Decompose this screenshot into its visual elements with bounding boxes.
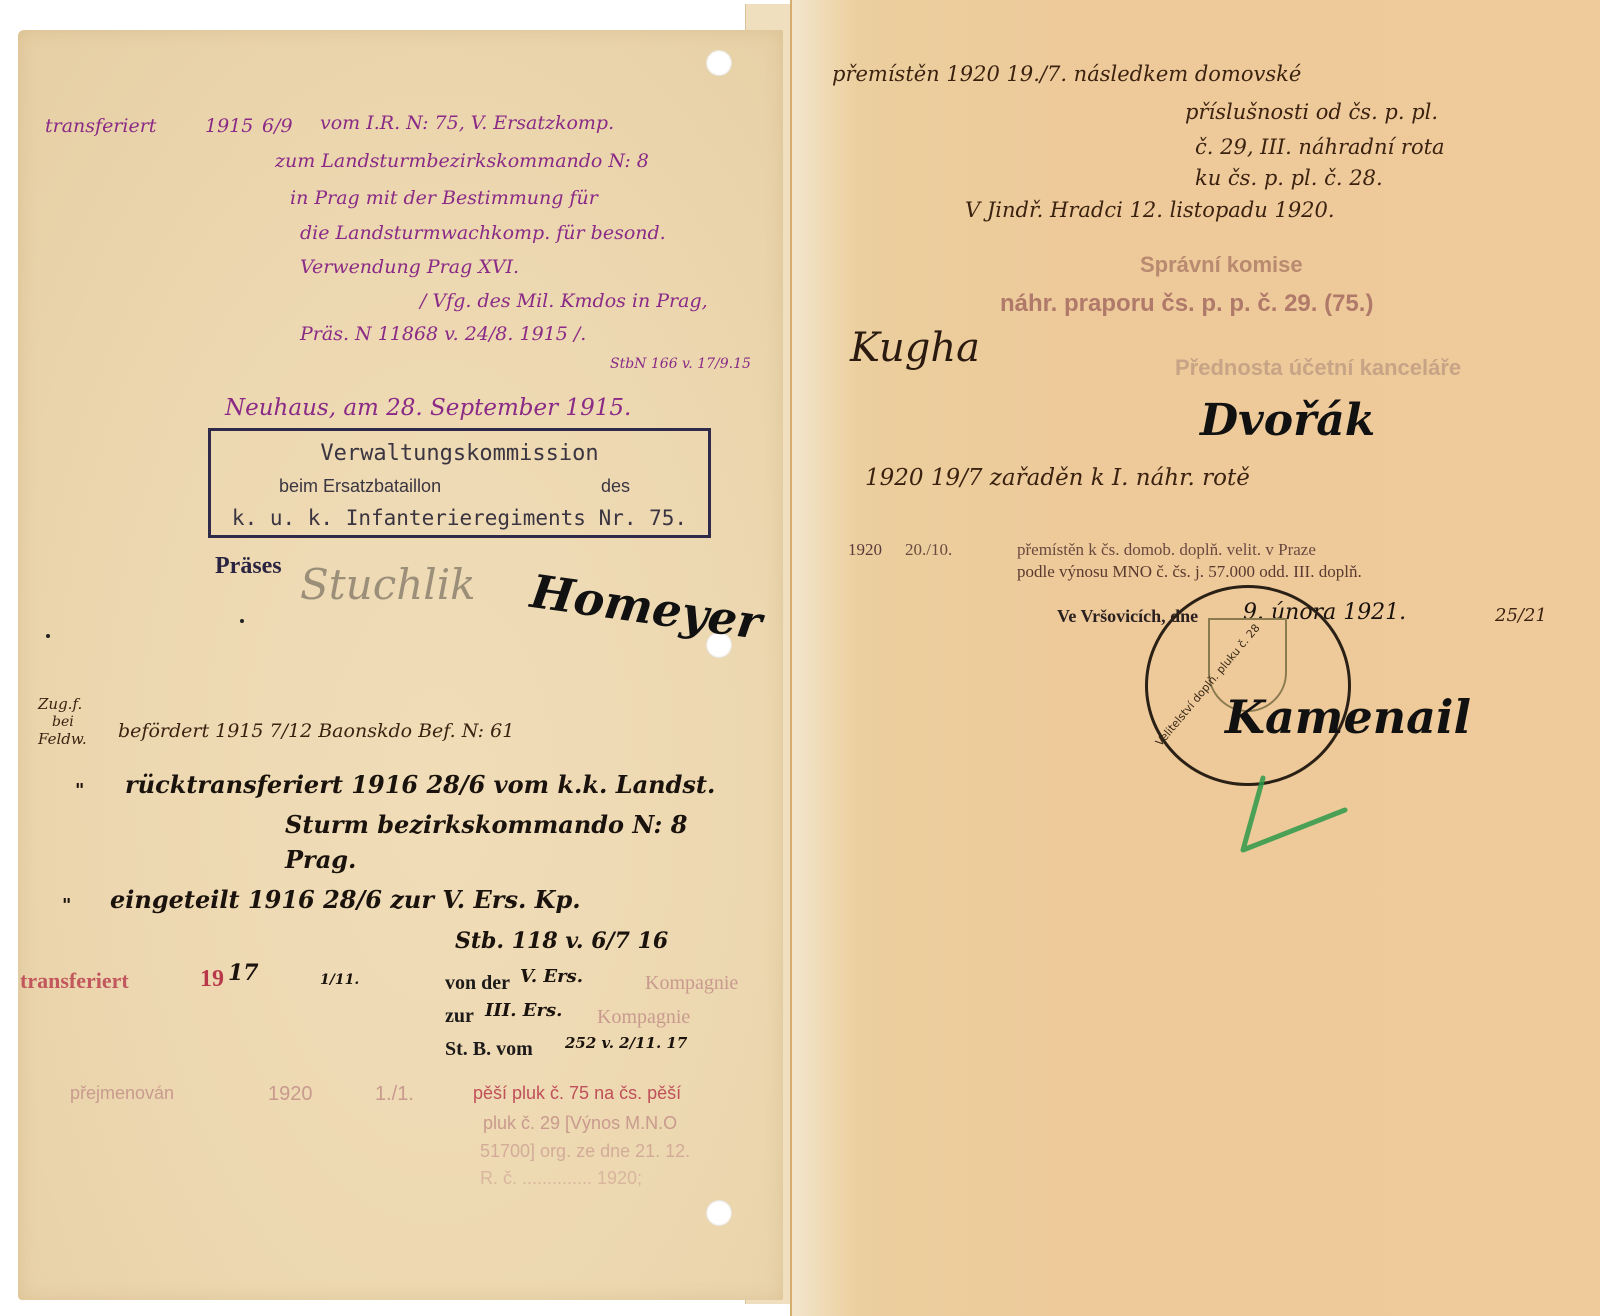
green-check-icon (1235, 770, 1355, 860)
official-seal: Velitelství doplň. pluku č. 28 (1145, 585, 1351, 786)
entry-date: 6/9 (262, 115, 293, 137)
transfer-from-value: V. Ers. (520, 966, 583, 987)
margin-note: Zug.f. (38, 695, 82, 713)
signature-kamenail: Kamenail (1225, 690, 1471, 744)
entry-line: vom I.R. N: 75, V. Ersatzkomp. (320, 112, 614, 134)
transfer-stb-prefix: St. B. vom (445, 1038, 533, 1061)
entry-line: zum Landsturmbezirkskommando N: 8 (275, 150, 649, 172)
ink-dot (240, 619, 244, 623)
entry-ruecktransferiert: rücktransferiert 1916 28/6 vom k.k. Land… (125, 770, 715, 799)
transfer-stb-value: 252 v. 2/11. 17 (565, 1034, 687, 1052)
cz-stamp-line-3: Přednosta účetní kanceláře (1175, 355, 1461, 381)
transfer-label: transferiert (20, 968, 129, 994)
renamed-line: pluk č. 29 [Výnos M.N.O (483, 1113, 677, 1134)
ink-dot (46, 634, 50, 638)
stamp-line-1: Verwaltungskommission (211, 441, 708, 466)
transfer-from-suffix: Kompagnie (645, 972, 738, 995)
right-place-date: V Jindř. Hradci 12. listopadu 1920. (965, 198, 1335, 222)
ditto-mark: " (62, 895, 71, 916)
entry-befoerdert: befördert 1915 7/12 Baonskdo Bef. N: 61 (118, 720, 514, 742)
renamed-line: 51700] org. ze dne 21. 12. (480, 1141, 690, 1162)
signature-faded: Stuchlik (300, 560, 476, 609)
entry-label-transferiert: transferiert (45, 115, 156, 137)
renamed-line: R. č. .............. 1920; (480, 1168, 642, 1189)
print-entry-line2: podle výnosu MNO č. čs. j. 57.000 odd. I… (1017, 562, 1362, 582)
margin-note: Feldw. (38, 730, 87, 748)
renamed-line: pěší pluk č. 75 na čs. pěší (473, 1083, 681, 1104)
signature-dvorak: Dvořák (1200, 395, 1375, 446)
entry-year: 1915 (205, 115, 253, 137)
entry-line: Präs. N 11868 v. 24/8. 1915 /. (300, 323, 586, 345)
transfer-year-printed: 19 (200, 966, 224, 993)
print-entry-year: 1920 (848, 540, 882, 560)
entry-line: Sturm bezirkskommando N: 8 (285, 810, 687, 839)
cz-stamp-line-1: Správní komise (1140, 252, 1303, 278)
entry-line: Prag. (285, 845, 356, 874)
stamp-line-2a: beim Ersatzbataillon (279, 476, 441, 497)
entry-line: / Vfg. des Mil. Kmdos in Prag, (420, 290, 708, 312)
stamp-line-2b: des (601, 476, 630, 497)
transfer-date: 1/11. (320, 972, 359, 988)
print-entry-line1: přemístěn k čs. domob. doplň. velit. v P… (1017, 540, 1316, 560)
stamp-line-3: k. u. k. Infanterieregiments Nr. 75. (211, 506, 708, 530)
place-date: Neuhaus, am 28. September 1915. (225, 395, 631, 421)
left-page (18, 30, 783, 1300)
transfer-to-value: III. Ers. (485, 1000, 562, 1021)
entry-line: StbN 166 v. 17/9.15 (610, 356, 751, 372)
renamed-year: 1920 (268, 1083, 313, 1106)
entry-line: Verwendung Prag XVI. (300, 256, 519, 278)
right-entry-line: příslušnosti od čs. p. pl. (1185, 100, 1438, 124)
verwaltungskommission-stamp: Verwaltungskommission beim Ersatzbataill… (208, 428, 711, 538)
renamed-label: přejmenován (70, 1083, 174, 1104)
cz-stamp-line-2: náhr. praporu čs. p. p. č. 29. (75.) (1000, 290, 1373, 318)
transfer-to-prefix: zur (445, 1005, 474, 1028)
print-entry-date: 20./10. (905, 540, 952, 560)
ref-number: 25/21 (1495, 605, 1547, 626)
punch-hole (706, 1200, 732, 1226)
entry-1920-zaraden: 1920 19/7 zařaděn k I. náhr. rotě (865, 465, 1250, 491)
entry-line: in Prag mit der Bestimmung für (290, 187, 598, 209)
ditto-mark: " (75, 780, 84, 801)
entry-stb: Stb. 118 v. 6/7 16 (455, 928, 668, 954)
transfer-year-hw: 17 (228, 960, 259, 986)
praeses-label: Präses (215, 553, 282, 580)
transfer-from-prefix: von der (445, 972, 510, 995)
margin-note: bei (52, 714, 74, 730)
entry-line: die Landsturmwachkomp. für besond. (300, 222, 666, 244)
right-entry-line: č. 29, III. náhradní rota (1195, 135, 1445, 159)
right-entry-line: ku čs. p. pl. č. 28. (1195, 166, 1383, 190)
signature-kugha: Kugha (850, 325, 980, 371)
entry-eingeteilt: eingeteilt 1916 28/6 zur V. Ers. Kp. (110, 885, 581, 914)
punch-hole (706, 50, 732, 76)
renamed-date: 1./1. (375, 1083, 414, 1106)
right-entry-line: přemístěn 1920 19./7. následkem domovské (832, 62, 1301, 86)
transfer-to-suffix: Kompagnie (597, 1006, 690, 1029)
